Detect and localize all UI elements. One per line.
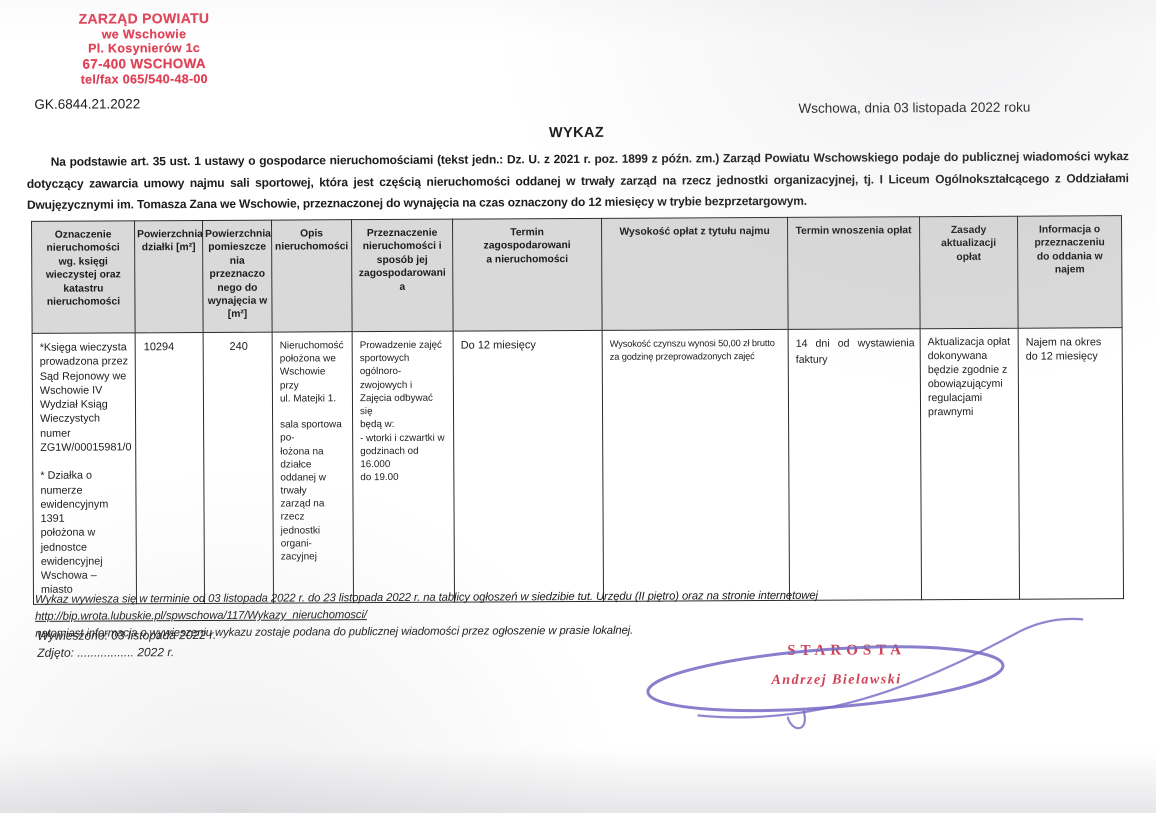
office-stamp: ZARZĄD POWIATU we Wschowie Pl. Kosynieró… <box>26 10 262 88</box>
cell-powierzchnia-dzialki: 10294 <box>135 332 204 603</box>
col-header-oznaczenie: Oznaczenie nieruchomości wg. księgi wiec… <box>32 221 136 334</box>
cell-wysokosc-oplat: Wysokość czynszu wynosi 50,00 zł brutto … <box>602 329 789 600</box>
notice-text: Wykaz wywiesza się w terminie od 03 list… <box>35 590 818 606</box>
col-header-wysokosc-oplat: Wysokość opłat z tytułu najmu <box>602 217 789 330</box>
cell-termin-wnoszenia: 14 dni od wystawienia faktury <box>788 329 921 600</box>
stamp-line: we Wschowie <box>26 26 262 42</box>
bip-url: http://bip.wrota.lubuskie.pl/spwschowa/1… <box>35 609 367 623</box>
table-header-row: Oznaczenie nieruchomości wg. księgi wiec… <box>32 216 1123 334</box>
document-title: WYKAZ <box>0 122 1155 144</box>
property-listing-table: Oznaczenie nieruchomości wg. księgi wiec… <box>31 215 1124 604</box>
col-header-przeznaczenie: Przeznaczenie nieruchomości i sposób jej… <box>352 219 454 332</box>
signature-block: STAROSTA Andrzej Bielawski <box>619 609 1140 737</box>
cell-przeznaczenie: Prowadzenie zajęć sportowych ogólnoro- z… <box>352 331 454 602</box>
scanned-document-page: ZARZĄD POWIATU we Wschowie Pl. Kosynieró… <box>0 0 1156 813</box>
case-reference-number: GK.6844.21.2022 <box>34 96 140 112</box>
cell-informacja: Najem na okres do 12 miesięcy <box>1018 328 1123 599</box>
col-header-informacja: Informacja o przeznaczeniu do oddania w … <box>1018 216 1123 329</box>
removed-date-line: Zdjęto: ................. 2022 r. <box>37 645 174 660</box>
col-header-powierzchnia-pomieszczenia: Powierzchnia pomieszcze nia przeznaczo n… <box>203 220 273 332</box>
stamp-line: tel/fax 065/540-48-00 <box>26 72 262 88</box>
posted-date-line: Wywieszono: 03 listopada 2022 r. <box>37 628 216 643</box>
stamp-line: Pl. Kosynierów 1c <box>26 41 262 57</box>
col-header-termin-wnoszenia: Termin wnoszenia opłat <box>788 217 921 330</box>
col-header-opis: Opis nieruchomości <box>272 220 353 332</box>
handwritten-signature-ink <box>619 609 1140 737</box>
place-and-date: Wschowa, dnia 03 listopada 2022 roku <box>798 100 1030 116</box>
table-row: *Księga wieczysta prowadzona przez Sąd R… <box>32 328 1123 604</box>
cell-oznaczenie: *Księga wieczysta prowadzona przez Sąd R… <box>32 333 136 604</box>
col-header-zasady-aktualizacji: Zasady aktualizacji opłat <box>920 216 1019 329</box>
col-header-termin-zagospodarowania: Termin zagospodarowani a nieruchomości <box>453 218 603 331</box>
stamp-line: ZARZĄD POWIATU <box>26 10 262 28</box>
cell-termin-zagospodarowania: Do 12 miesięcy <box>453 330 603 601</box>
stamp-line: 67-400 WSCHOWA <box>26 56 262 73</box>
col-header-powierzchnia-dzialki: Powierzchnia działki [m²] <box>135 220 204 332</box>
cell-powierzchnia-pomieszczenia: 240 <box>203 332 273 603</box>
cell-opis: Nieruchomość położona we Wschowie przy u… <box>272 332 353 603</box>
legal-basis-paragraph: Na podstawie art. 35 ust. 1 ustawy o gos… <box>27 146 1129 216</box>
cell-zasady-aktualizacji: Aktualizacja opłat dokonywana będzie zgo… <box>920 328 1019 599</box>
